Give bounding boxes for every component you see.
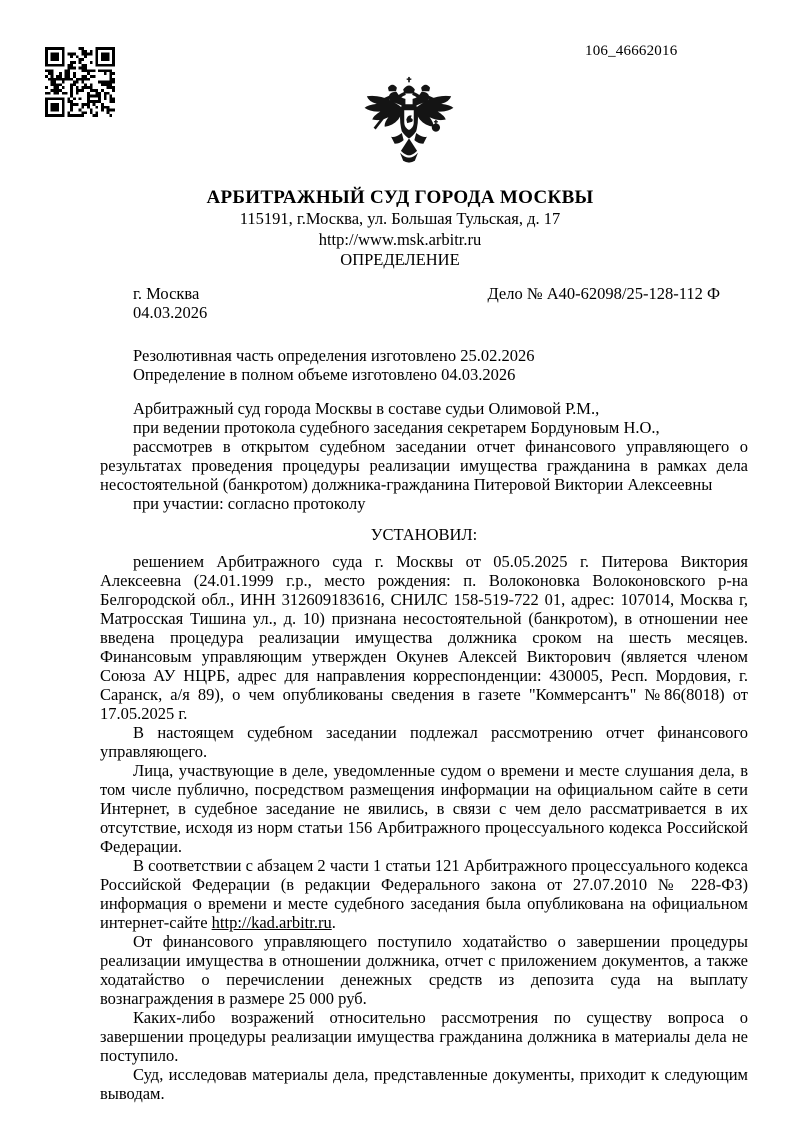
document-type-title: ОПРЕДЕЛЕНИЕ [0, 250, 800, 271]
judge-line: Арбитражный суд города Москвы в составе … [100, 399, 748, 418]
preparation-dates-block: Резолютивная часть определения изготовле… [100, 346, 748, 384]
case-city: г. Москва [100, 284, 199, 303]
court-order-document-page: 106_46662016 [0, 0, 800, 1131]
case-number: Дело № А40-62098/25-128-112 Ф [487, 284, 720, 303]
kad-arbitr-link[interactable]: http://kad.arbitr.ru [212, 913, 332, 932]
case-date: 04.03.2026 [100, 303, 748, 322]
court-conclusion-paragraph: Суд, исследовав материалы дела, представ… [100, 1065, 748, 1103]
court-website: http://www.msk.arbitr.ru [0, 230, 800, 251]
document-body: г. Москва Дело № А40-62098/25-128-112 Ф … [100, 284, 748, 1103]
russian-coat-of-arms-icon [355, 72, 463, 185]
publication-text-before-link: В соответствии с абзацем 2 части 1 стать… [100, 856, 748, 932]
court-name: АРБИТРАЖНЫЙ СУД ГОРОДА МОСКВЫ [0, 187, 800, 209]
parties-notified-paragraph: Лица, участвующие в деле, уведомленные с… [100, 761, 748, 856]
court-address: 115191, г.Москва, ул. Большая Тульская, … [0, 209, 800, 230]
established-section: решением Арбитражного суда г. Москвы от … [100, 552, 748, 1103]
qr-code-icon [45, 47, 115, 117]
resolution-part-date-line: Резолютивная часть определения изготовле… [100, 346, 748, 365]
no-objections-paragraph: Каких-либо возражений относительно рассм… [100, 1008, 748, 1065]
publication-paragraph: В соответствии с абзацем 2 части 1 стать… [100, 856, 748, 932]
motion-paragraph: От финансового управляющего поступило хо… [100, 932, 748, 1008]
established-heading: УСТАНОВИЛ: [100, 525, 748, 544]
hearing-subject-paragraph: рассмотрев в открытом судебном заседании… [100, 437, 748, 494]
preamble-section: Арбитражный суд города Москвы в составе … [100, 399, 748, 513]
hearing-report-paragraph: В настоящем судебном заседании подлежал … [100, 723, 748, 761]
secretary-line: при ведении протокола судебного заседани… [100, 418, 748, 437]
publication-text-after-link: . [332, 913, 336, 932]
case-info-row: г. Москва Дело № А40-62098/25-128-112 Ф [100, 284, 748, 303]
decision-paragraph: решением Арбитражного суда г. Москвы от … [100, 552, 748, 723]
full-text-date-line: Определение в полном объеме изготовлено … [100, 365, 748, 384]
participants-line: при участии: согласно протоколу [100, 494, 748, 513]
document-registration-number: 106_46662016 [585, 42, 677, 61]
document-header: АРБИТРАЖНЫЙ СУД ГОРОДА МОСКВЫ 115191, г.… [0, 187, 800, 271]
